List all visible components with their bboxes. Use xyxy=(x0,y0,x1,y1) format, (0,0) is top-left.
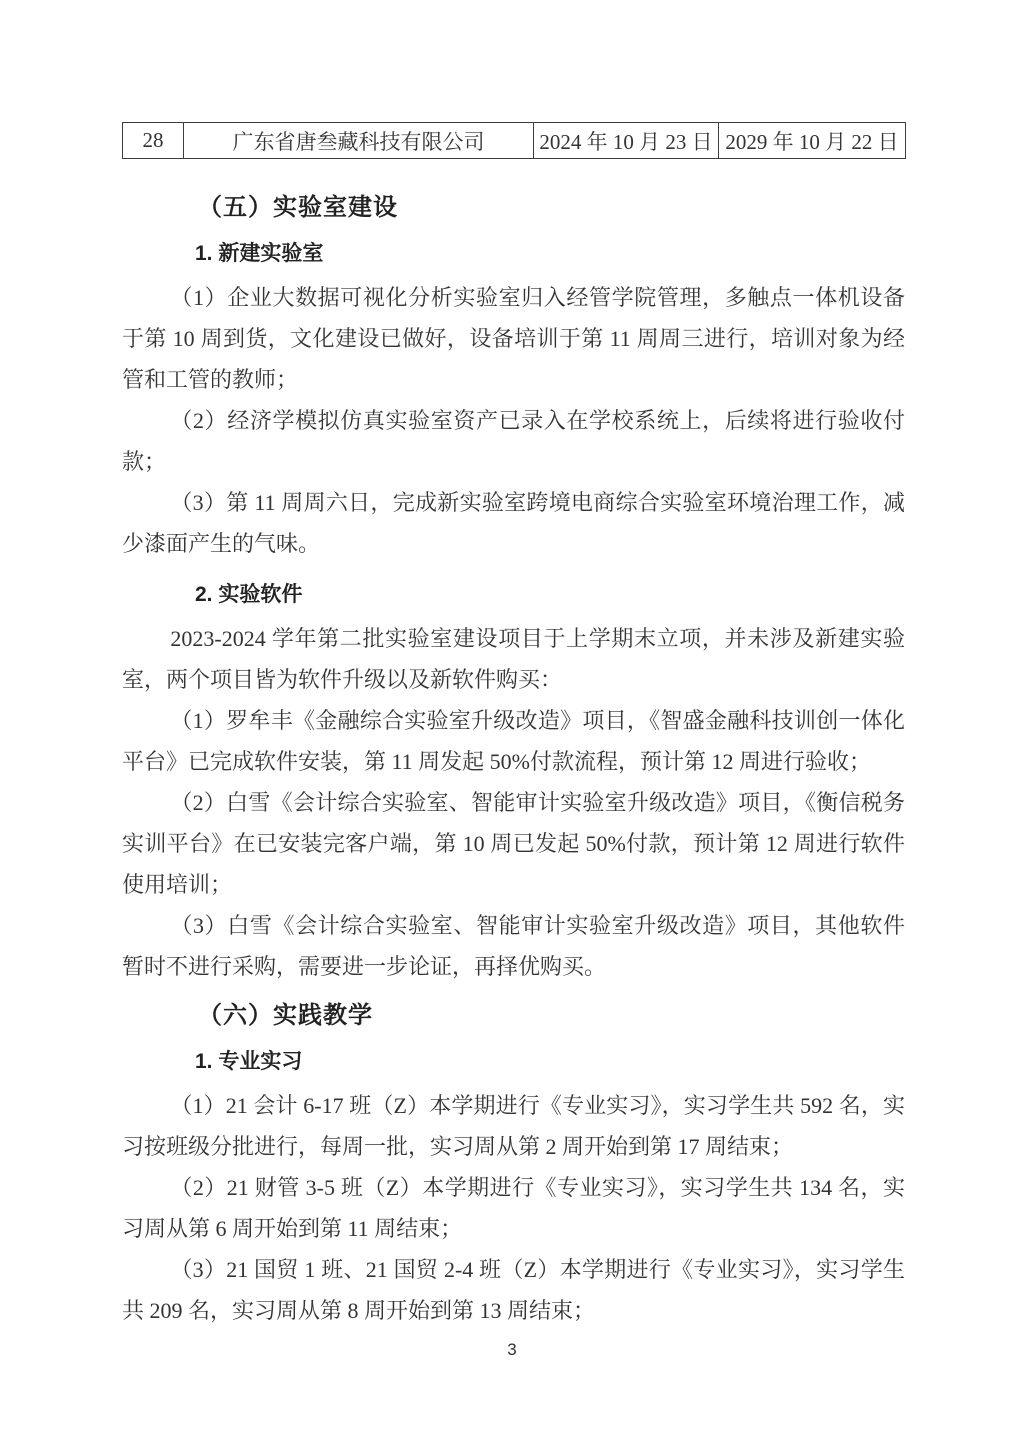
subsection-heading-new-labs: 1. 新建实验室 xyxy=(195,241,905,267)
paragraph-software-2: （2）白雪《会计综合实验室、智能审计实验室升级改造》项目，《衡信税务实训平台》在… xyxy=(122,782,905,905)
table-cell-company: 广东省唐叁藏科技有限公司 xyxy=(184,123,534,159)
paragraph-software-intro: 2023-2024 学年第二批实验室建设项目于上学期末立项，并未涉及新建实验室，… xyxy=(122,618,905,700)
section-heading-lab-construction: （五）实验室建设 xyxy=(198,193,905,223)
paragraph-new-labs-1: （1）企业大数据可视化分析实验室归入经管学院管理，多触点一体机设备于第 10 周… xyxy=(122,277,905,400)
subsection-heading-lab-software: 2. 实验软件 xyxy=(195,582,905,608)
table-cell-index: 28 xyxy=(123,123,184,159)
table-cell-expiry-date: 2029 年 10 月 22 日 xyxy=(719,123,906,159)
paragraph-new-labs-2: （2）经济学模拟仿真实验室资产已录入在学校系统上，后续将进行验收付款； xyxy=(122,400,905,482)
paragraph-new-labs-3: （3）第 11 周周六日，完成新实验室跨境电商综合实验室环境治理工作，减少漆面产… xyxy=(122,482,905,564)
paragraph-internship-1: （1）21 会计 6-17 班（Z）本学期进行《专业实习》，实习学生共 592 … xyxy=(122,1085,905,1167)
document-body: 28 广东省唐叁藏科技有限公司 2024 年 10 月 23 日 2029 年 … xyxy=(122,122,905,1331)
document-page: 28 广东省唐叁藏科技有限公司 2024 年 10 月 23 日 2029 年 … xyxy=(0,0,1024,1448)
paragraph-software-1: （1）罗牟丰《金融综合实验室升级改造》项目，《智盛金融科技训创一体化平台》已完成… xyxy=(122,700,905,782)
table-row: 28 广东省唐叁藏科技有限公司 2024 年 10 月 23 日 2029 年 … xyxy=(123,123,906,159)
section-heading-practice-teaching: （六）实践教学 xyxy=(198,1001,905,1031)
license-table: 28 广东省唐叁藏科技有限公司 2024 年 10 月 23 日 2029 年 … xyxy=(122,122,906,159)
page-number: 3 xyxy=(0,1340,1024,1360)
paragraph-internship-2: （2）21 财管 3-5 班（Z）本学期进行《专业实习》，实习学生共 134 名… xyxy=(122,1167,905,1249)
subsection-heading-professional-internship: 1. 专业实习 xyxy=(195,1049,905,1075)
paragraph-software-3: （3）白雪《会计综合实验室、智能审计实验室升级改造》项目，其他软件暂时不进行采购… xyxy=(122,905,905,987)
paragraph-internship-3: （3）21 国贸 1 班、21 国贸 2-4 班（Z）本学期进行《专业实习》，实… xyxy=(122,1249,905,1331)
table-cell-issue-date: 2024 年 10 月 23 日 xyxy=(534,123,719,159)
